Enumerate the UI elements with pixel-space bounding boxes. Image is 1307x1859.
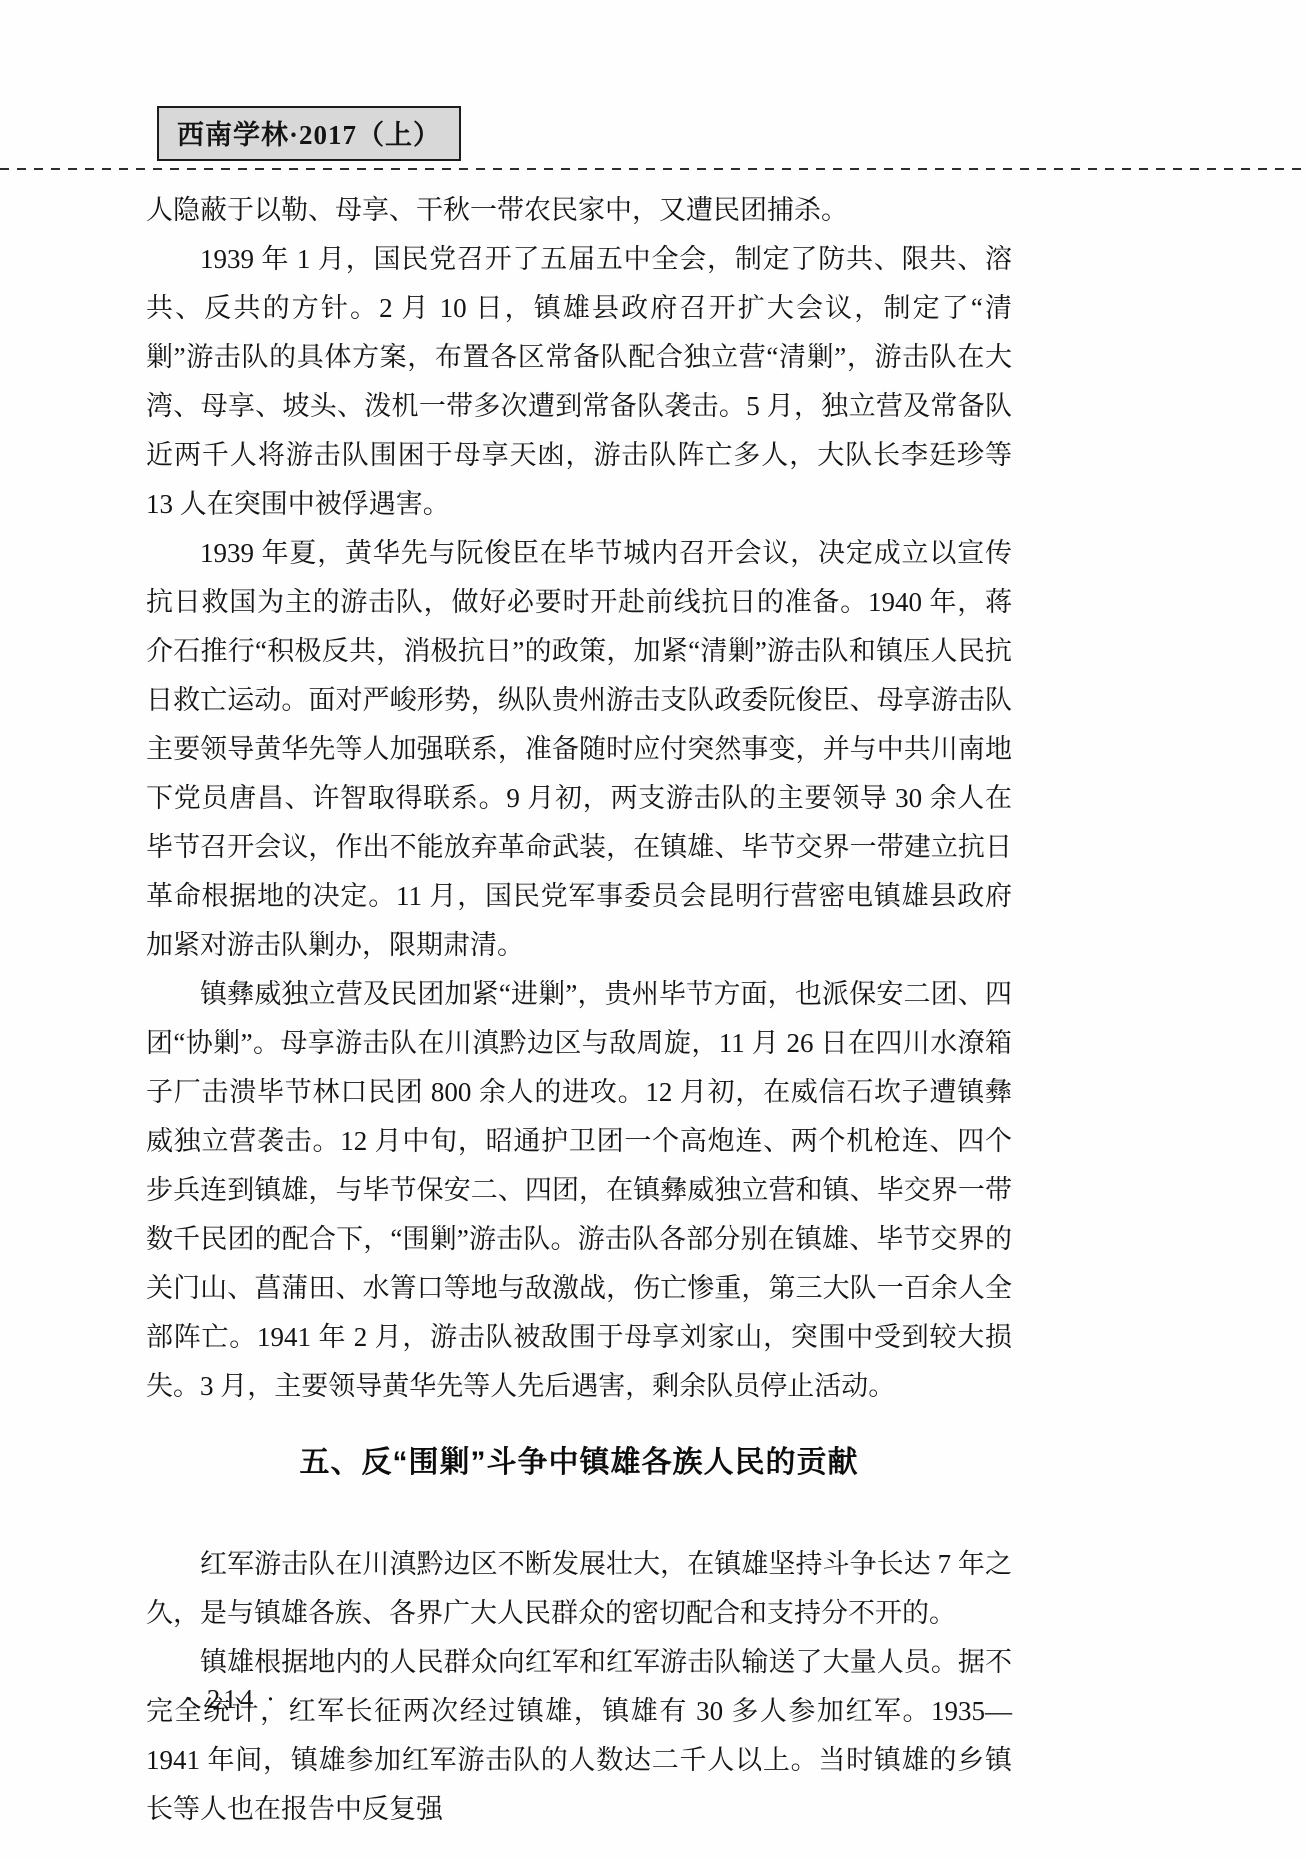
body-paragraph-personnel-statistics: 镇雄根据地内的人民群众向红军和红军游击队输送了大量人员。据不完全统计，红军长征两… bbox=[146, 1638, 1012, 1834]
document-page: 西南学林·2017（上） 人隐蔽于以勒、母享、干秋一带农民家中，又遭民团捕杀。 … bbox=[0, 0, 1307, 1859]
page-number: · 214 · bbox=[185, 1684, 278, 1715]
journal-title: 西南学林·2017（上） bbox=[177, 120, 441, 150]
section-heading: 五、反“围剿”斗争中镇雄各族人民的贡献 bbox=[146, 1441, 1012, 1485]
body-paragraph-1939-summer: 1939 年夏，黄华先与阮俊臣在毕节城内召开会议，决定成立以宣传抗日救国为主的游… bbox=[146, 529, 1012, 970]
header-divider-dashed-line bbox=[0, 168, 1307, 170]
body-paragraph-red-army-growth: 红军游击队在川滇黔边区不断发展壮大，在镇雄坚持斗争长达 7 年之久，是与镇雄各族… bbox=[146, 1540, 1012, 1638]
body-text-column: 人隐蔽于以勒、母享、干秋一带农民家中，又遭民团捕杀。 1939 年 1 月，国民… bbox=[146, 186, 1012, 1834]
body-paragraph-continuation: 人隐蔽于以勒、母享、干秋一带农民家中，又遭民团捕杀。 bbox=[146, 186, 1012, 235]
journal-title-box: 西南学林·2017（上） bbox=[157, 106, 461, 161]
body-paragraph-encirclement: 镇彝威独立营及民团加紧“进剿”，贵州毕节方面，也派保安二团、四团“协剿”。母享游… bbox=[146, 970, 1012, 1411]
body-paragraph-1939-january: 1939 年 1 月，国民党召开了五届五中全会，制定了防共、限共、溶共、反共的方… bbox=[146, 235, 1012, 529]
